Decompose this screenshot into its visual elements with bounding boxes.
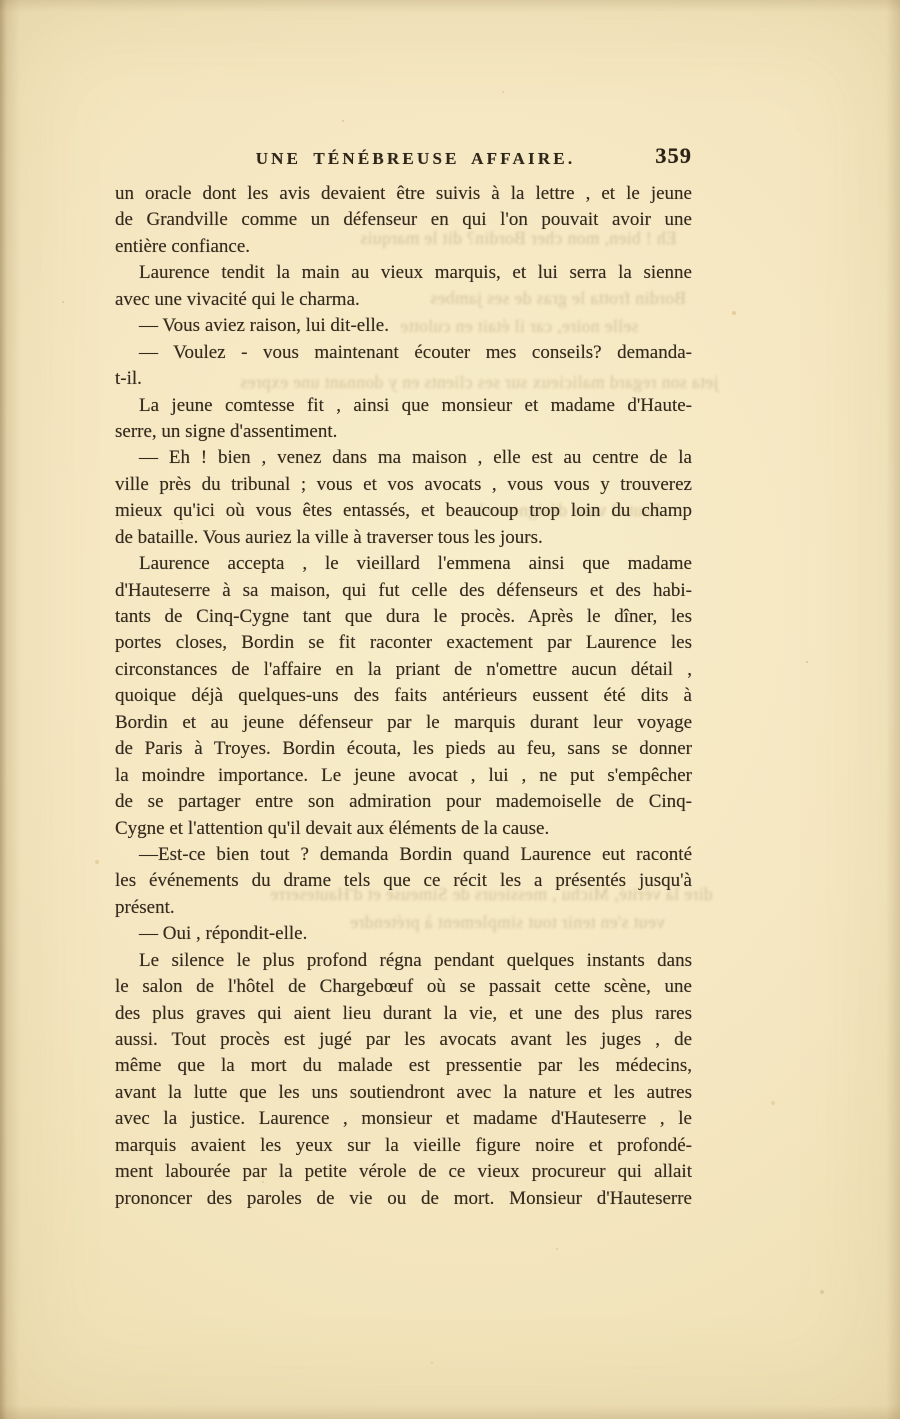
text-line: marquis avaient les yeux sur la vieille … <box>115 1133 692 1159</box>
text-line: prononcer des paroles de vie ou de mort.… <box>115 1186 692 1212</box>
text-line: avant la lutte que les uns soutiendront … <box>115 1080 692 1106</box>
text-line: mieux qu'ici où vous êtes entassés, et b… <box>115 498 692 524</box>
text-line: circonstances de l'affaire en la priant … <box>115 657 692 683</box>
text-body: un oracle dont les avis devaient être su… <box>115 181 692 1212</box>
text-line: de Grandville comme un défenseur en qui … <box>115 207 692 233</box>
text-line: tants de Cinq-Cygne tant que dura le pro… <box>115 604 692 630</box>
text-line: avec une vivacité qui le charma. <box>115 287 692 313</box>
text-line: serre, un signe d'assentiment. <box>115 419 692 445</box>
text-line: d'Hauteserre à sa maison, qui fut celle … <box>115 578 692 604</box>
text-line: Le silence le plus profond régna pendant… <box>115 948 692 974</box>
text-line: même que la mort du malade est pressenti… <box>115 1053 692 1079</box>
text-line: le salon de l'hôtel de Chargebœuf où se … <box>115 974 692 1000</box>
text-line: présent. <box>115 895 692 921</box>
text-line: Laurence accepta , le vieillard l'emmena… <box>115 551 692 577</box>
text-line: un oracle dont les avis devaient être su… <box>115 181 692 207</box>
text-line: — Oui , répondit-elle. <box>115 921 692 947</box>
text-line: portes closes, Bordin se fit raconter ex… <box>115 630 692 656</box>
text-line: de Paris à Troyes. Bordin écouta, les pi… <box>115 736 692 762</box>
text-line: Laurence tendit la main au vieux marquis… <box>115 260 692 286</box>
text-line: des plus graves qui aient lieu durant la… <box>115 1001 692 1027</box>
text-line: La jeune comtesse fit , ainsi que monsie… <box>115 393 692 419</box>
page-number: 359 <box>655 144 692 168</box>
text-line: — Vous aviez raison, lui dit-elle. <box>115 313 692 339</box>
book-page: Eh ! bien, mon cher Bordin? dit le marqu… <box>0 0 900 1419</box>
text-line: les événements du drame tels que ce réci… <box>115 868 692 894</box>
paper-speckles <box>0 0 2 2</box>
text-line: quoique déjà quelques-uns des faits anté… <box>115 683 692 709</box>
text-line: t-il. <box>115 366 692 392</box>
text-line: — Eh ! bien , venez dans ma maison , ell… <box>115 445 692 471</box>
text-line: aussi. Tout procès est jugé par les avoc… <box>115 1027 692 1053</box>
text-line: Cygne et l'attention qu'il devait aux él… <box>115 816 692 842</box>
text-line: ment labourée par la petite vérole de ce… <box>115 1159 692 1185</box>
text-line: avec la justice. Laurence , monsieur et … <box>115 1106 692 1132</box>
text-line: entière confiance. <box>115 234 692 260</box>
text-line: de bataille. Vous auriez la ville à trav… <box>115 525 692 551</box>
text-line: — Voulez - vous maintenant écouter mes c… <box>115 340 692 366</box>
text-line: de se partager entre son admiration pour… <box>115 789 692 815</box>
text-line: Bordin et au jeune défenseur par le marq… <box>115 710 692 736</box>
page-header: UNE TÉNÉBREUSE AFFAIRE. 359 <box>115 149 692 175</box>
text-line: —Est-ce bien tout ? demanda Bordin quand… <box>115 842 692 868</box>
text-line: la moindre importance. Le jeune avocat ,… <box>115 763 692 789</box>
running-title: UNE TÉNÉBREUSE AFFAIRE. <box>127 149 704 169</box>
text-line: ville près du tribunal ; vous et vos avo… <box>115 472 692 498</box>
